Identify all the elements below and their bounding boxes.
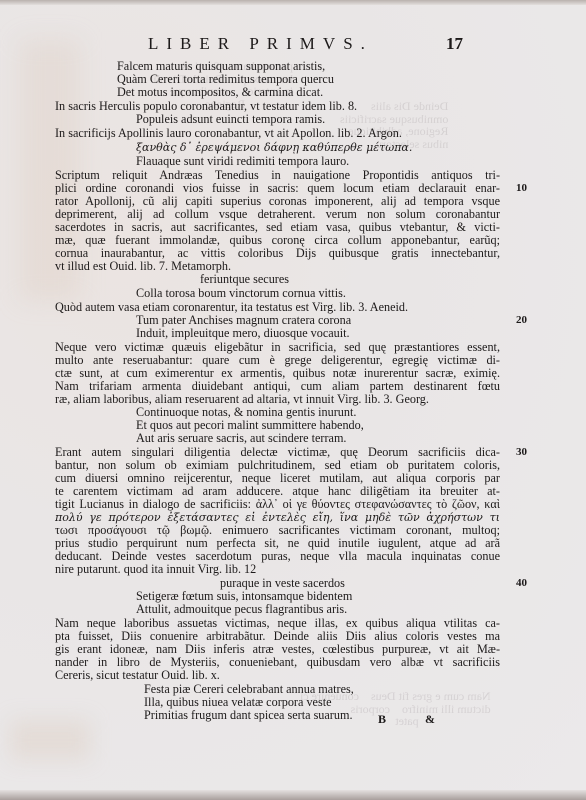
book-page: parcem hanc Sumi & lecu aux qu Deinde Di… [0, 0, 586, 800]
page-top-edge [0, 0, 586, 5]
text-line: In sacrificijs Apollinis lauro coronaban… [55, 127, 402, 140]
text-line: Det motus incompositos, & carmina dicat. [117, 86, 323, 99]
text-line: prius studio perquirunt num perfecta sit… [55, 537, 500, 550]
text-line: feriuntque secures [200, 273, 289, 286]
text-line: plici ordine coronandi vios fuisse in sa… [55, 182, 500, 195]
text-line: ξανθὰς δ᾽ ἐρεψάμενοι δάφνῃ καθύπερθε μέτ… [136, 141, 412, 154]
text-line: Colla torosa boum vinctorum cornua vitti… [136, 287, 346, 300]
text-line: deprimerent, alij ad collum vsque detrah… [55, 208, 500, 221]
margin-line-number: 10 [516, 182, 527, 194]
page-number: 17 [446, 34, 463, 54]
text-line: Nam neque laboribus assuetas victimas, n… [55, 617, 500, 630]
text-line: Primitias frugum dant spicea serta suaru… [144, 709, 353, 722]
text-line: sacerdotes in sacris, aut sacrificantes,… [55, 221, 500, 234]
text-line: Attulit, admouitque pecus flagrantibus a… [136, 603, 347, 616]
text-line: rator Apollonij, cũ alij capiti superius… [55, 195, 500, 208]
running-head: LIBER PRIMVS. [148, 34, 373, 54]
text-line: πολύ γε πρότερον ἐξετάσαντες εἰ ἐντελὲς … [55, 511, 500, 524]
text-line: pta fuisset, Diis conuenire arbitrabãtur… [55, 630, 500, 643]
text-line: gis erant idoneæ, nam Diis inferis atræ … [55, 643, 500, 656]
text-line: Induit, impleuitque mero, diuosque vocau… [136, 327, 350, 340]
text-line: Aut aris seruare sacris, aut scindere te… [136, 432, 346, 445]
text-line: bantur, non solum ob eximiam pulchritudi… [55, 459, 500, 472]
text-line: ctæ sunt, at cum eximerentur ex armentis… [55, 367, 500, 380]
catchword: & [425, 712, 435, 727]
text-line: te carentem victimam ad aram adducere. a… [55, 485, 500, 498]
paper-stain [10, 720, 90, 760]
text-line: Populeis adsunt euincti tempora ramis. [136, 113, 325, 126]
text-line: Erant autem singulari diligentia delectæ… [55, 446, 500, 459]
text-line: tigit Lucianus in dialogo de sacrificiis… [55, 498, 500, 511]
text-line: nire putarunt. quod ita innuit Virg. lib… [55, 563, 256, 576]
signature-mark: B [378, 712, 386, 727]
text-line: Flauaque sunt viridi redimiti tempora la… [136, 155, 349, 168]
text-line: mæ, quæ fuerant immolandæ, quibus coronę… [55, 234, 500, 247]
text-line: cum diuersi omnino reijcerentur, neque l… [55, 472, 500, 485]
margin-line-number: 20 [516, 314, 527, 326]
text-line: τωσι προσάγουσι τῷ βωμῷ. enimuero sacrif… [55, 524, 500, 537]
page-bottom-edge [0, 790, 586, 800]
text-line: multo ante reseruabantur: quare cum è gr… [55, 354, 500, 367]
margin-line-number: 30 [516, 446, 527, 458]
margin-line-number: 40 [516, 577, 527, 589]
text-line: Neque vero victimæ quæuis eligebãtur in … [55, 341, 500, 354]
text-line: Cereris, sicut testatur Ouid. lib. x. [55, 669, 220, 682]
text-line: Scriptum reliquit Andræas Tenedius in na… [55, 169, 500, 182]
